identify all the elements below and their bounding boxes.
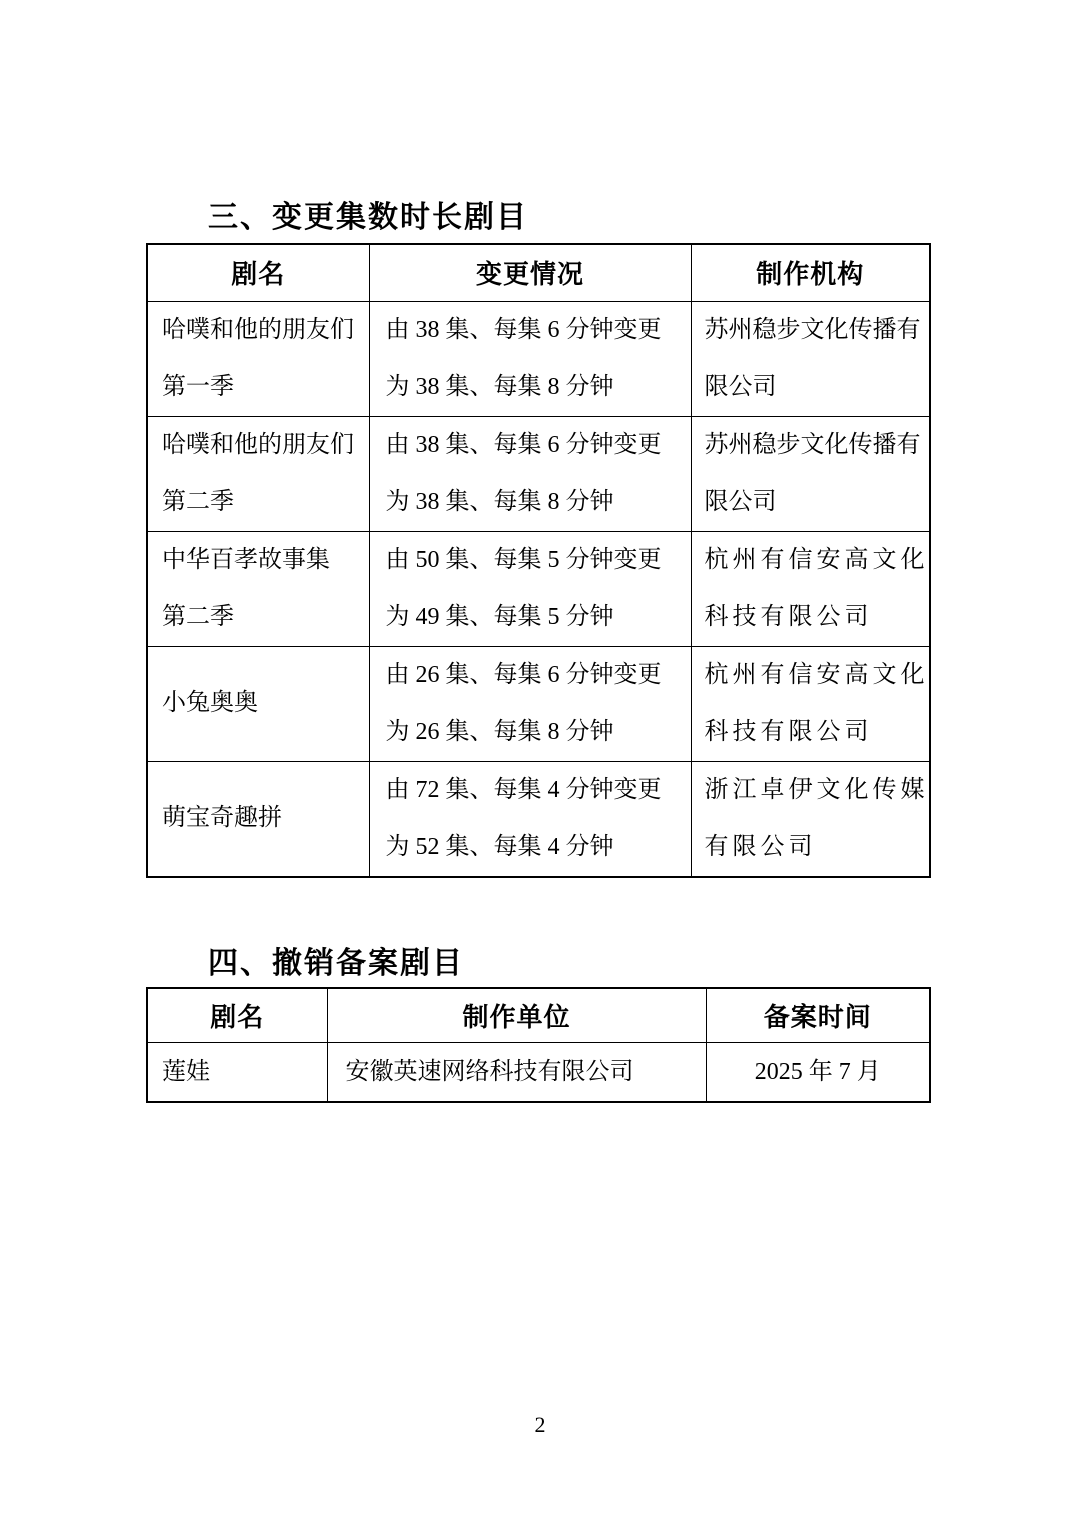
change-cell: 由 38 集、每集 6 分钟变更 为 38 集、每集 8 分钟: [369, 301, 691, 416]
change-cell: 由 26 集、每集 6 分钟变更 为 26 集、每集 8 分钟: [369, 646, 691, 761]
change-cell: 由 38 集、每集 6 分钟变更 为 38 集、每集 8 分钟: [369, 416, 691, 531]
section-heading-change: 三、变更集数时长剧目: [208, 192, 528, 236]
column-header-change: 变更情况: [369, 244, 691, 301]
producer-cell: 苏州稳步文化传播有 限公司: [691, 301, 930, 416]
column-header-producer: 制作机构: [691, 244, 930, 301]
title-cell: 小兔奥奥: [147, 646, 369, 761]
producer-cell: 苏州稳步文化传播有 限公司: [691, 416, 930, 531]
title-cell: 哈噗和他的朋友们 第一季: [147, 301, 369, 416]
producer-cell: 安徽英速网络科技有限公司: [327, 1042, 706, 1102]
table-row: 哈噗和他的朋友们 第二季 由 38 集、每集 6 分钟变更 为 38 集、每集 …: [147, 416, 930, 531]
section-heading-revoke: 四、撤销备案剧目: [208, 938, 464, 982]
table-row: 莲娃 安徽英速网络科技有限公司 2025 年 7 月: [147, 1042, 930, 1102]
column-header-title: 剧名: [147, 988, 327, 1042]
producer-cell: 浙江卓伊文化传媒 有限公司: [691, 761, 930, 877]
column-header-producer: 制作单位: [327, 988, 706, 1042]
title-cell: 莲娃: [147, 1042, 327, 1102]
revoke-table: 剧名 制作单位 备案时间 莲娃 安徽英速网络科技有限公司 2025 年 7 月: [146, 987, 931, 1103]
title-cell: 萌宝奇趣拼: [147, 761, 369, 877]
column-header-title: 剧名: [147, 244, 369, 301]
change-table-header-row: 剧名 变更情况 制作机构: [147, 244, 930, 301]
document-page: 三、变更集数时长剧目 剧名 变更情况 制作机构 哈噗和他的朋友们 第一季 由 3…: [0, 0, 1080, 1527]
change-table: 剧名 变更情况 制作机构 哈噗和他的朋友们 第一季 由 38 集、每集 6 分钟…: [146, 243, 931, 878]
page-number: 2: [0, 1412, 1080, 1438]
record-time-cell: 2025 年 7 月: [706, 1042, 930, 1102]
table-row: 中华百孝故事集 第二季 由 50 集、每集 5 分钟变更 为 49 集、每集 5…: [147, 531, 930, 646]
column-header-record-time: 备案时间: [706, 988, 930, 1042]
title-cell: 哈噗和他的朋友们 第二季: [147, 416, 369, 531]
table-row: 哈噗和他的朋友们 第一季 由 38 集、每集 6 分钟变更 为 38 集、每集 …: [147, 301, 930, 416]
title-cell: 中华百孝故事集 第二季: [147, 531, 369, 646]
producer-cell: 杭州有信安高文化 科技有限公司: [691, 531, 930, 646]
producer-cell: 杭州有信安高文化 科技有限公司: [691, 646, 930, 761]
table-row: 小兔奥奥 由 26 集、每集 6 分钟变更 为 26 集、每集 8 分钟 杭州有…: [147, 646, 930, 761]
change-cell: 由 72 集、每集 4 分钟变更 为 52 集、每集 4 分钟: [369, 761, 691, 877]
revoke-table-header-row: 剧名 制作单位 备案时间: [147, 988, 930, 1042]
change-cell: 由 50 集、每集 5 分钟变更 为 49 集、每集 5 分钟: [369, 531, 691, 646]
table-row: 萌宝奇趣拼 由 72 集、每集 4 分钟变更 为 52 集、每集 4 分钟 浙江…: [147, 761, 930, 877]
